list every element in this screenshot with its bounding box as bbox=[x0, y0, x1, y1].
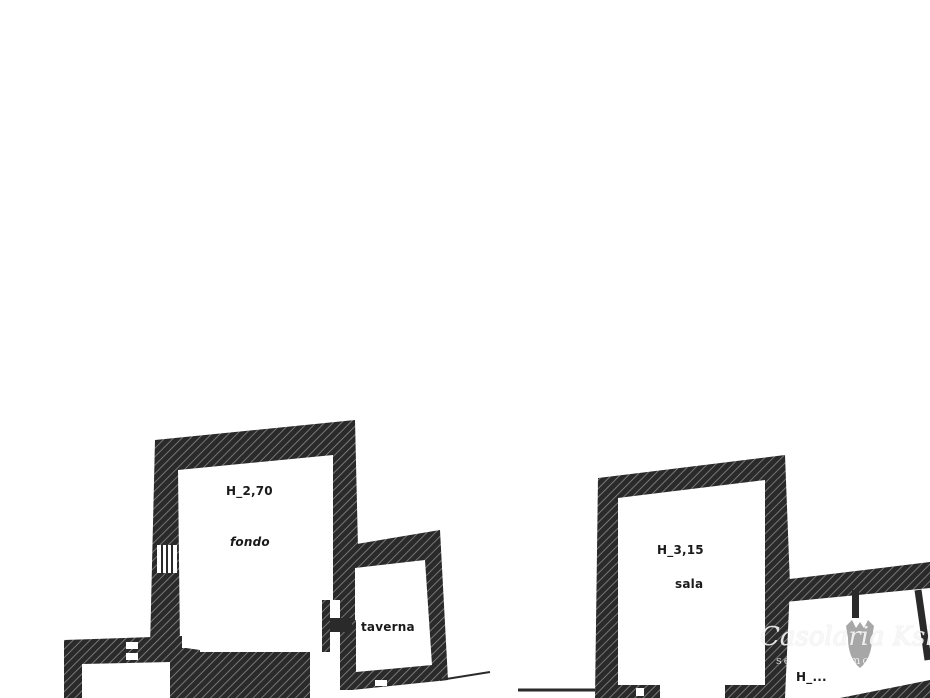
wall-sala bbox=[518, 455, 790, 698]
room-name-sala: sala bbox=[675, 577, 703, 591]
window-fondo bbox=[157, 545, 177, 573]
room-height-annex: H_... bbox=[796, 670, 827, 684]
wall-annex bbox=[765, 562, 930, 698]
wall-lower-left bbox=[64, 636, 310, 698]
room-name-taverna: taverna bbox=[361, 620, 415, 634]
room-height-fondo: H_2,70 bbox=[226, 484, 273, 498]
room-name-fondo: fondo bbox=[230, 535, 270, 549]
room-height-sala: H_3,15 bbox=[657, 543, 704, 557]
wall-taverna bbox=[330, 530, 490, 696]
floor-plan bbox=[0, 0, 930, 698]
